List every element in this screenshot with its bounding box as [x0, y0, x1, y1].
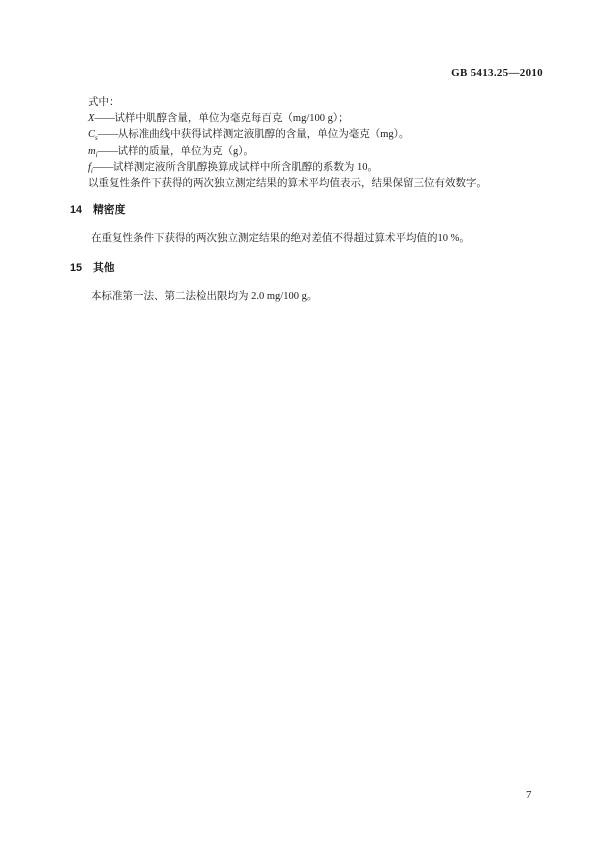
variable-definition: 试样测定液所含肌醇换算成试样中所含肌醇的系数为 10。: [113, 162, 378, 173]
section-number: 15: [70, 260, 82, 276]
section-title: 精密度: [93, 204, 125, 216]
section-heading-other: 15其他: [70, 260, 543, 276]
section-body-precision: 在重复性条件下获得的两次独立测定结果的绝对差值不得超过算术平均值的10 %。: [91, 231, 543, 247]
definition-dash: ——: [94, 113, 114, 124]
variable-symbol: mi: [88, 146, 98, 157]
formula-variable-item-x: X——试样中肌醇含量，单位为毫克每百克（mg/100 g）；: [88, 111, 543, 127]
formula-variable-item-cs: Cs——从标准曲线中获得试样测定液肌醇的含量，单位为毫克（mg）。: [88, 127, 543, 143]
variable-definition: 试样中肌醇含量，单位为毫克每百克（mg/100 g）；: [114, 113, 348, 124]
standard-number-header: GB 5413.25—2010: [451, 67, 543, 79]
formula-variable-item-mi: mi——试样的质量，单位为克（g）。: [88, 144, 543, 160]
page-content: 式中： X——试样中肌醇含量，单位为毫克每百克（mg/100 g）； Cs——从…: [70, 95, 543, 317]
definition-dash: ——: [98, 129, 118, 140]
variable-definition: 试样的质量，单位为克（g）。: [118, 146, 255, 157]
document-page: GB 5413.25—2010 式中： X——试样中肌醇含量，单位为毫克每百克（…: [0, 0, 595, 842]
definition-dash: ——: [93, 162, 113, 173]
definition-dash: ——: [98, 146, 118, 157]
section-title: 其他: [93, 262, 115, 274]
formula-variable-item-fi: fi——试样测定液所含肌醇换算成试样中所含肌醇的系数为 10。: [88, 160, 543, 176]
page-number: 7: [526, 789, 532, 801]
section-body-other: 本标准第一法、第二法检出限均为 2.0 mg/100 g。: [91, 289, 543, 305]
variable-symbol: Cs: [88, 129, 98, 140]
section-heading-precision: 14精密度: [70, 202, 543, 218]
section-number: 14: [70, 202, 82, 218]
result-expression-note: 以重复性条件下获得的两次独立测定结果的算术平均值表示，结果保留三位有效数字。: [88, 176, 543, 192]
variable-definition: 从标准曲线中获得试样测定液肌醇的含量，单位为毫克（mg）。: [118, 129, 410, 140]
formula-where-intro: 式中：: [88, 95, 543, 111]
